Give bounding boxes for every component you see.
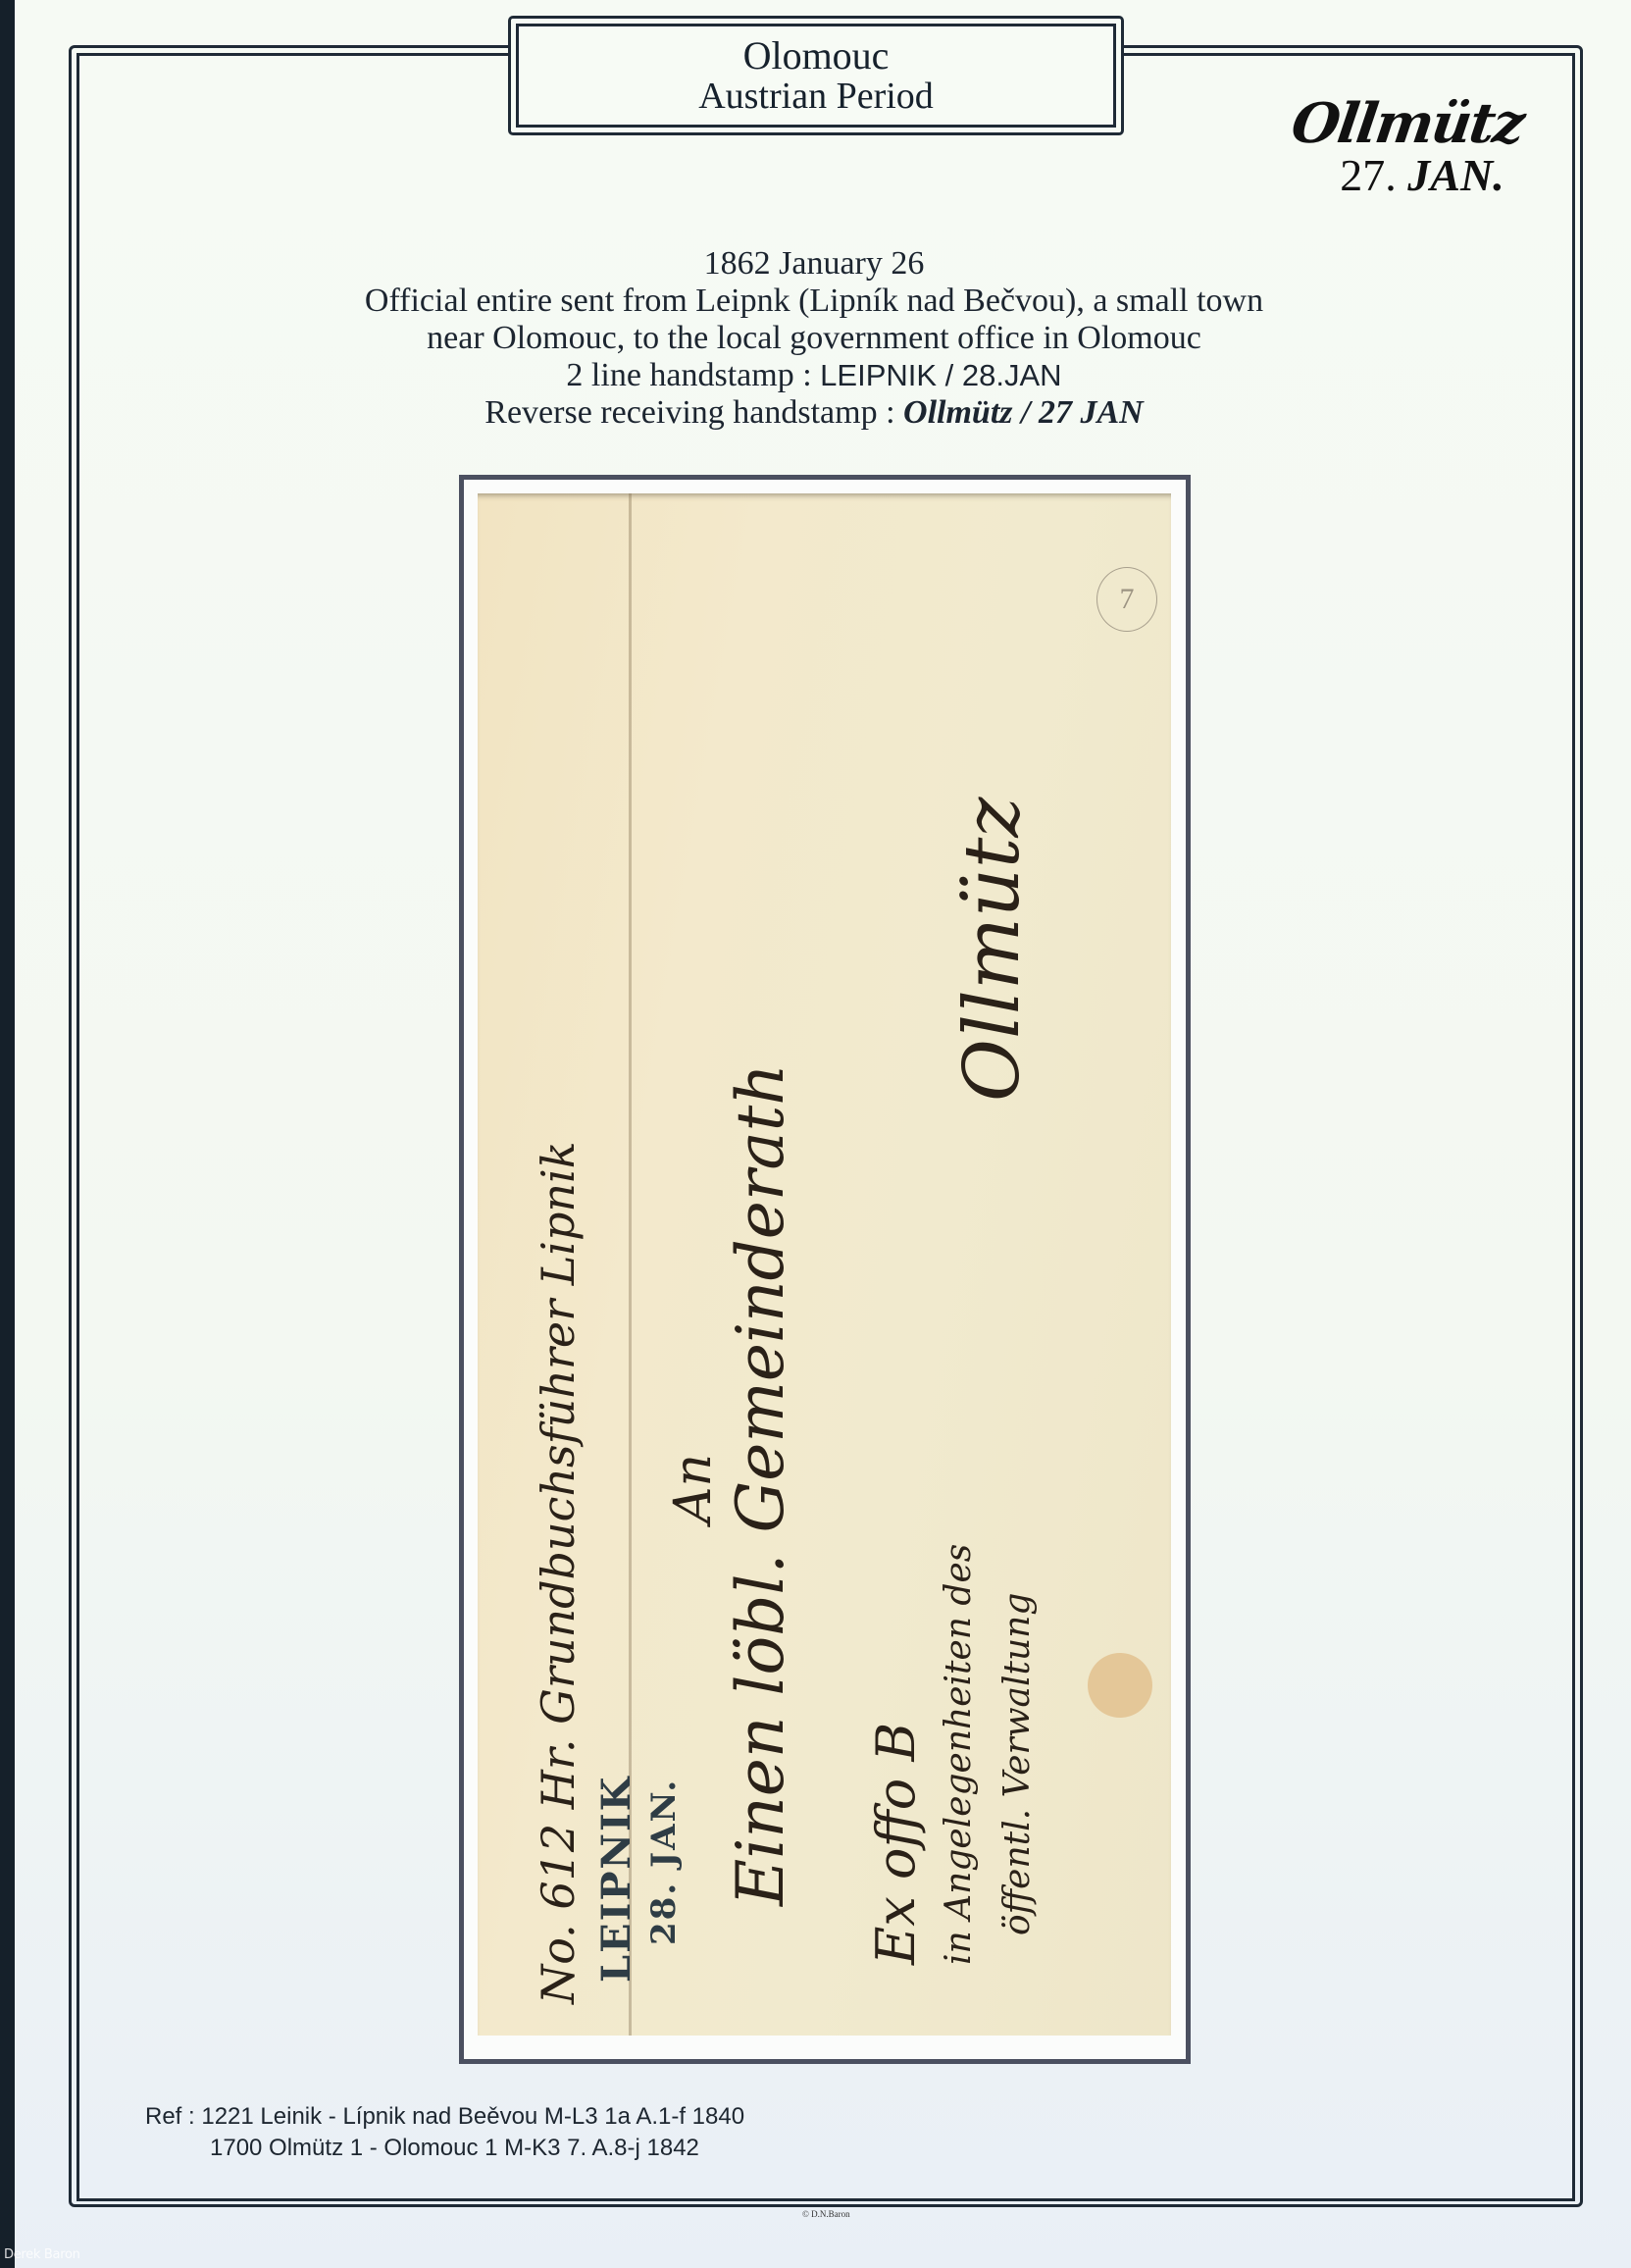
manuscript-line: öffentl. Verwaltung — [997, 1593, 1038, 1935]
postmark-date: 27. JAN. — [1295, 153, 1550, 198]
receiving-description: Reverse receiving handstamp : Ollmütz / … — [196, 394, 1432, 432]
references: Ref : 1221 Leinik - Lípnik nad Beěvou M-… — [145, 2101, 744, 2164]
title-box: Olomouc Austrian Period — [516, 24, 1116, 128]
reference-line: Ref : 1221 Leinik - Lípnik nad Beěvou M-… — [145, 2101, 744, 2133]
postmark-day: 27. — [1340, 150, 1397, 200]
copyright-notice: © D.N.Baron — [802, 2209, 850, 2219]
manuscript-line: An — [664, 1454, 723, 1523]
handstamp-date: 28. JAN. — [644, 1778, 684, 1945]
manuscript-destination: Ollmütz — [948, 798, 1037, 1102]
handstamp-value: LEIPNIK / 28.JAN — [820, 358, 1061, 392]
handstamp-description: 2 line handstamp : LEIPNIK / 28.JAN — [196, 357, 1432, 394]
manuscript-line: No. 612 Hr. Grundbuchsführer Lipnik — [532, 1141, 585, 2004]
postmark-month: JAN. — [1407, 150, 1504, 200]
page-subtitle: Austrian Period — [698, 77, 934, 116]
handstamp-town: LEIPNIK — [593, 1776, 639, 1983]
watermark: Derek Baron — [4, 2247, 80, 2262]
receiving-value: Ollmütz / 27 JAN — [903, 394, 1144, 431]
foxing-stain — [1088, 1653, 1152, 1718]
postmark-illustration: Ollmütz 27. JAN. — [1265, 94, 1550, 198]
page-title: Olomouc — [743, 35, 890, 77]
manuscript-line: in Angelegenheiten des — [939, 1544, 979, 1965]
reference-line: 1700 Olmütz 1 - Olomouc 1 M-K3 7. A.8-j … — [145, 2133, 744, 2164]
scan-edge-strip — [0, 0, 15, 2268]
description-date: 1862 January 26 — [196, 245, 1432, 283]
pencil-circle-mark: 7 — [1096, 567, 1157, 632]
description-line: Official entire sent from Leipnk (Lipník… — [196, 283, 1432, 320]
manuscript-line: Ex offo B — [865, 1723, 927, 1965]
cover-description: 1862 January 26 Official entire sent fro… — [196, 245, 1432, 432]
postal-cover: 7 No. 612 Hr. Grundbuchsführer Lipnik An… — [478, 493, 1171, 2036]
handstamp-label: 2 line handstamp : — [566, 357, 820, 393]
postmark-town: Ollmütz — [1261, 94, 1554, 153]
receiving-label: Reverse receiving handstamp : — [484, 394, 903, 431]
manuscript-line: Einen löbl. Gemeinderath — [723, 1063, 798, 1906]
description-line: near Olomouc, to the local government of… — [196, 320, 1432, 357]
